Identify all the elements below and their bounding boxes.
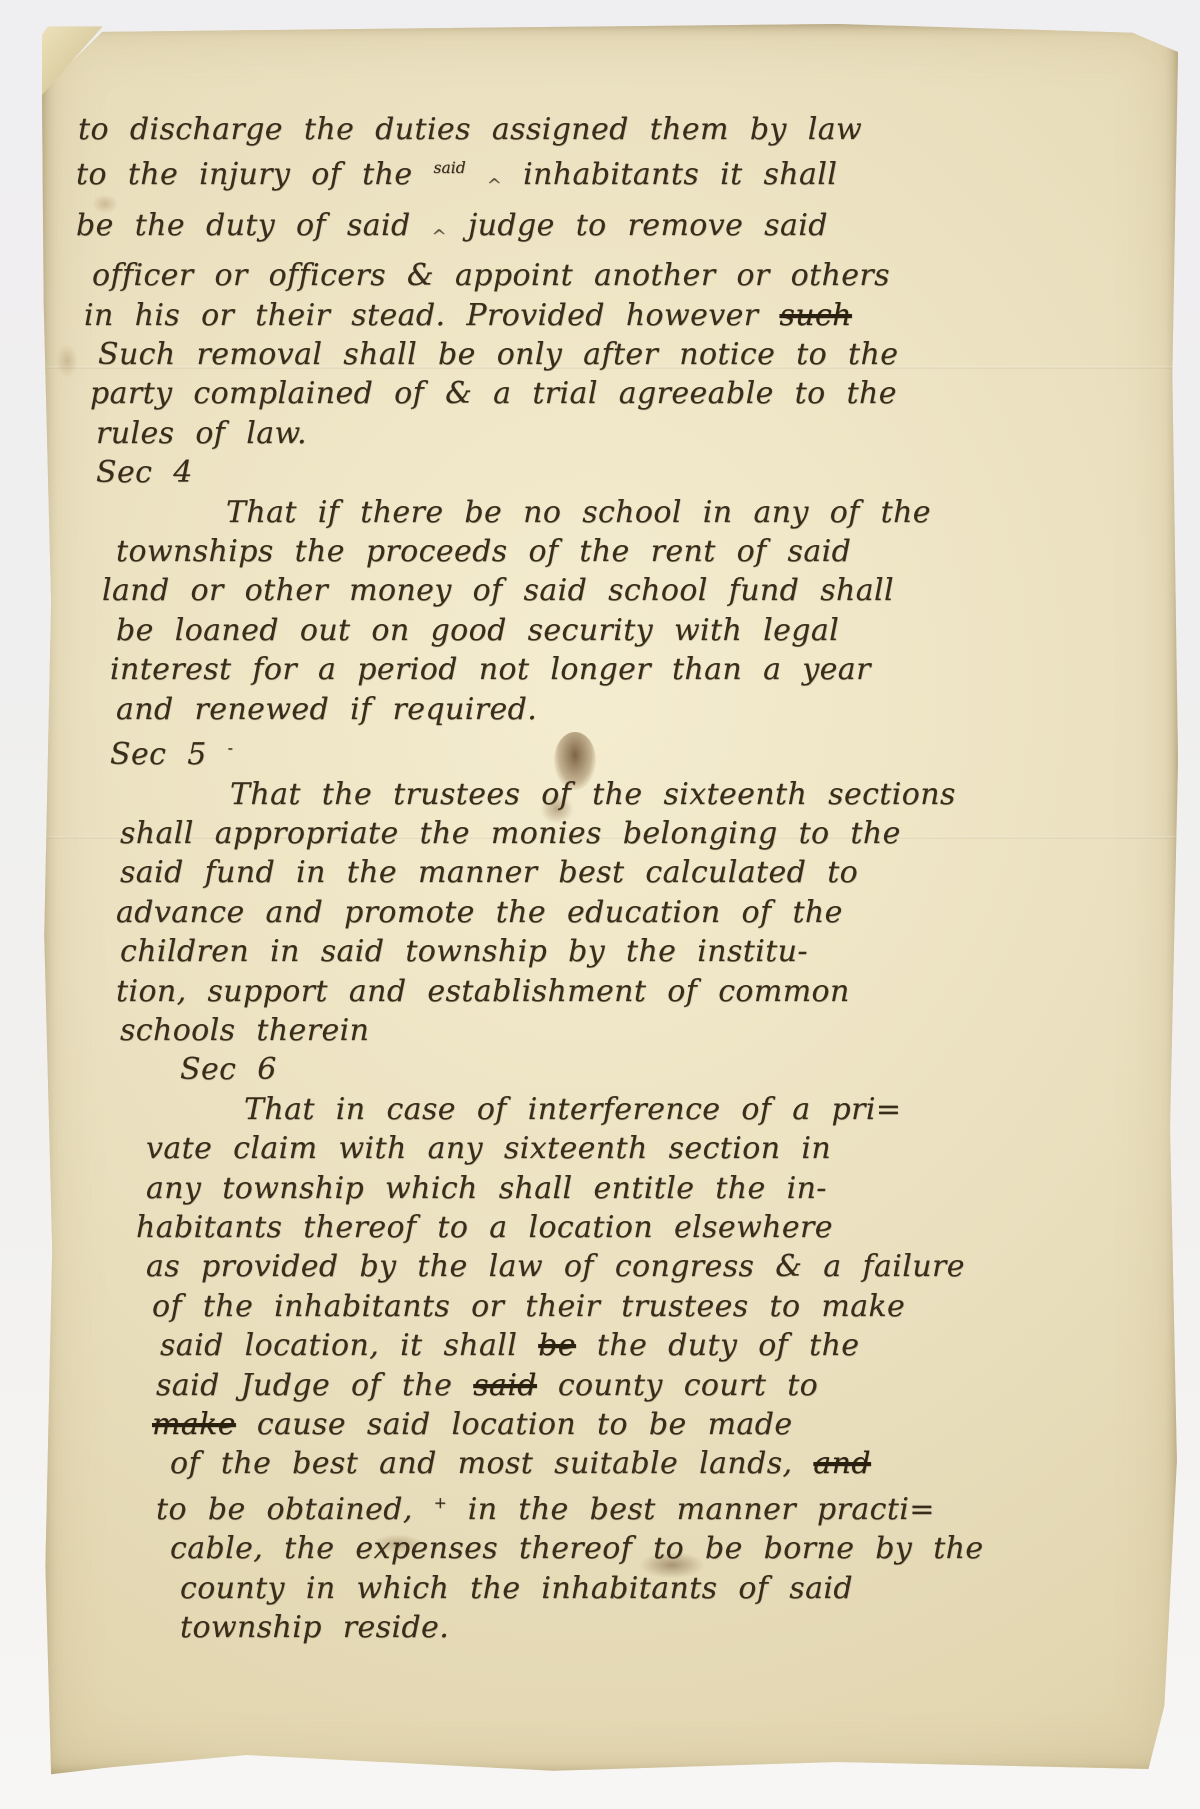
- manuscript-line: said location, it shall be the duty of t…: [160, 1326, 1148, 1365]
- text-segment: Such removal shall be only after notice …: [98, 337, 898, 372]
- manuscript-line: interest for a period not longer than a …: [110, 650, 1148, 689]
- text-segment: party complained of & a trial agreeable …: [90, 376, 897, 411]
- manuscript-line: townships the proceeds of the rent of sa…: [116, 532, 1148, 571]
- struck-word: make: [152, 1407, 236, 1442]
- text-segment: any township which shall entitle the in-: [146, 1171, 827, 1206]
- manuscript-line: be loaned out on good security with lega…: [116, 611, 1148, 650]
- manuscript-line: That if there be no school in any of the: [226, 493, 1148, 532]
- text-segment: cable, the expenses thereof to be borne …: [170, 1531, 984, 1566]
- manuscript-line: as provided by the law of congress & a f…: [146, 1247, 1148, 1286]
- manuscript-paper: to discharge the duties assigned them by…: [42, 24, 1178, 1776]
- text-segment: the duty of the: [597, 1328, 860, 1363]
- text-segment: and renewed if required.: [116, 692, 537, 727]
- manuscript-line: officer or officers & appoint another or…: [92, 256, 1148, 295]
- text-segment: said location, it shall: [160, 1328, 517, 1363]
- manuscript-line: of the best and most suitable lands, and: [170, 1444, 1148, 1483]
- manuscript-line: habitants thereof to a location elsewher…: [136, 1208, 1148, 1247]
- text-segment: That the trustees of the sixteenth secti…: [230, 777, 956, 812]
- text-segment: advance and promote the education of the: [116, 895, 843, 930]
- manuscript-line: tion, support and establishment of commo…: [116, 972, 1148, 1011]
- text-segment: said fund in the manner best calculated …: [120, 855, 858, 890]
- manuscript-line: to the injury of the said ^ inhabitants …: [76, 149, 1148, 205]
- manuscript-line: That in case of interference of a pri=: [244, 1090, 1148, 1129]
- text-segment: children in said township by the institu…: [120, 934, 808, 969]
- manuscript-line: children in said township by the institu…: [120, 932, 1148, 971]
- text-segment: county in which the inhabitants of said: [180, 1571, 853, 1606]
- text-segment: county court to: [558, 1368, 818, 1403]
- text-segment: in his or their stead. Provided however: [84, 298, 759, 333]
- manuscript-line: land or other money of said school fund …: [102, 571, 1148, 610]
- text-segment: That if there be no school in any of the: [226, 495, 931, 530]
- text-segment: cause said location to be made: [257, 1407, 793, 1442]
- manuscript-text: to discharge the duties assigned them by…: [42, 24, 1178, 1776]
- text-segment: township reside.: [180, 1610, 449, 1645]
- text-segment: townships the proceeds of the rent of sa…: [116, 534, 851, 569]
- text-segment: interest for a period not longer than a …: [110, 652, 871, 687]
- text-segment: be the duty of said: [76, 208, 411, 243]
- manuscript-line: shall appropriate the monies belonging t…: [120, 814, 1148, 853]
- text-segment: to be obtained,: [156, 1492, 413, 1527]
- manuscript-line: any township which shall entitle the in-: [146, 1169, 1148, 1208]
- manuscript-line: Such removal shall be only after notice …: [98, 335, 1148, 374]
- struck-word: such: [779, 298, 851, 333]
- struck-word: said: [473, 1368, 537, 1403]
- manuscript-line: advance and promote the education of the: [116, 893, 1148, 932]
- text-segment: +: [434, 1494, 447, 1512]
- text-segment: rules of law.: [96, 416, 307, 451]
- text-segment: of the inhabitants or their trustees to …: [152, 1289, 905, 1324]
- manuscript-line: county in which the inhabitants of said: [180, 1569, 1148, 1608]
- text-segment: -: [228, 739, 233, 757]
- text-segment: in the best manner practi=: [468, 1492, 935, 1527]
- manuscript-line: Sec 4: [96, 453, 1148, 492]
- manuscript-line: vate claim with any sixteenth section in: [146, 1129, 1148, 1168]
- text-segment: habitants thereof to a location elsewher…: [136, 1210, 833, 1245]
- text-segment: ^: [487, 175, 502, 196]
- text-segment: land or other money of said school fund …: [102, 573, 894, 608]
- manuscript-line: township reside.: [180, 1608, 1148, 1647]
- manuscript-line: to discharge the duties assigned them by…: [78, 110, 1148, 149]
- manuscript-line: cable, the expenses thereof to be borne …: [170, 1529, 1148, 1568]
- text-segment: schools therein: [120, 1013, 369, 1048]
- manuscript-line: and renewed if required.: [116, 690, 1148, 729]
- text-segment: Sec 4: [96, 455, 193, 490]
- struck-word: and: [813, 1446, 871, 1481]
- page-background: to discharge the duties assigned them by…: [0, 0, 1200, 1809]
- manuscript-line: said Judge of the said county court to: [156, 1366, 1148, 1405]
- manuscript-line: to be obtained, + in the best manner pra…: [156, 1484, 1148, 1529]
- struck-word: be: [538, 1328, 576, 1363]
- text-segment: judge to remove said: [468, 208, 828, 243]
- manuscript-line: in his or their stead. Provided however …: [84, 296, 1148, 335]
- manuscript-line: That the trustees of the sixteenth secti…: [230, 775, 1148, 814]
- text-segment: vate claim with any sixteenth section in: [146, 1131, 831, 1166]
- manuscript-line: schools therein: [120, 1011, 1148, 1050]
- manuscript-line: of the inhabitants or their trustees to …: [152, 1287, 1148, 1326]
- manuscript-line: said fund in the manner best calculated …: [120, 853, 1148, 892]
- manuscript-line: party complained of & a trial agreeable …: [90, 374, 1148, 413]
- text-segment: to discharge the duties assigned them by…: [78, 112, 862, 147]
- text-segment: of the best and most suitable lands,: [170, 1446, 792, 1481]
- text-segment: That in case of interference of a pri=: [244, 1092, 901, 1127]
- text-segment: said: [433, 159, 465, 177]
- text-segment: said Judge of the: [156, 1368, 452, 1403]
- manuscript-line: make cause said location to be made: [152, 1405, 1148, 1444]
- text-segment: be loaned out on good security with lega…: [116, 613, 839, 648]
- manuscript-line: rules of law.: [96, 414, 1148, 453]
- manuscript-line: be the duty of said ^ judge to remove sa…: [76, 206, 1148, 256]
- text-segment: as provided by the law of congress & a f…: [146, 1249, 965, 1284]
- text-segment: shall appropriate the monies belonging t…: [120, 816, 901, 851]
- manuscript-line: Sec 6: [180, 1050, 1148, 1089]
- text-segment: to the injury of the: [76, 157, 413, 192]
- text-segment: Sec 5: [110, 737, 207, 772]
- text-segment: inhabitants it shall: [523, 157, 837, 192]
- text-segment: Sec 6: [180, 1052, 277, 1087]
- text-segment: officer or officers & appoint another or…: [92, 258, 890, 293]
- manuscript-line: Sec 5 -: [110, 729, 1148, 774]
- text-segment: ^: [432, 226, 447, 247]
- text-segment: tion, support and establishment of commo…: [116, 974, 850, 1009]
